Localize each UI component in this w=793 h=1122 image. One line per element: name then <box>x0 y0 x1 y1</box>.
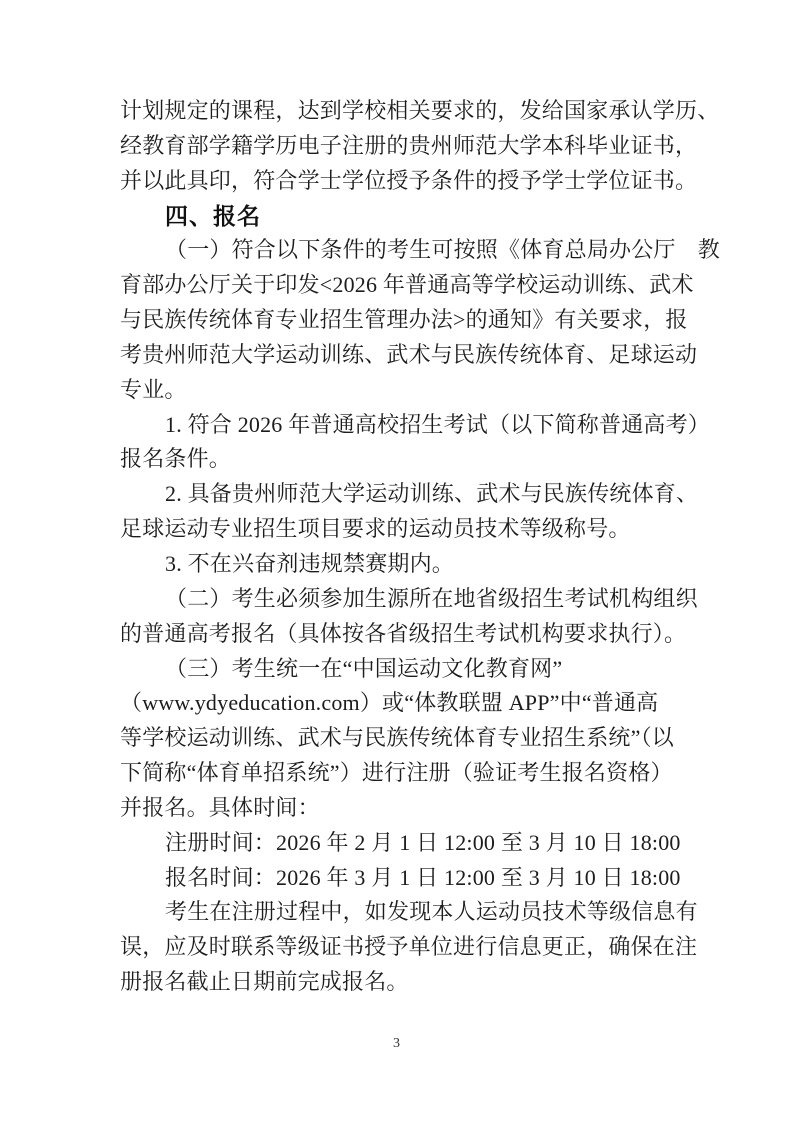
signup-time-line: 报名时间：2026 年 3 月 1 日 12:00 至 3 月 10 日 18:… <box>120 861 678 896</box>
body-line: 育部办公厅关于印发<2026 年普通高等学校运动训练、武术 <box>120 268 678 303</box>
body-line: 并报名。具体时间： <box>120 791 678 826</box>
body-line: 考生在注册过程中，如发现本人运动员技术等级信息有 <box>120 895 678 930</box>
body-line: 报名条件。 <box>120 442 678 477</box>
page-number: 3 <box>0 1036 793 1052</box>
body-line: 与民族传统体育专业招生管理办法>的通知》有关要求，报 <box>120 303 678 338</box>
body-line: 下简称“体育单招系统”）进行注册（验证考生报名资格） <box>120 756 678 791</box>
body-line: （二）考生必须参加生源所在地省级招生考试机构组织 <box>120 582 678 617</box>
body-line: 经教育部学籍学历电子注册的贵州师范大学本科毕业证书， <box>120 129 678 164</box>
body-line: 册报名截止日期前完成报名。 <box>120 965 678 1000</box>
body-line: 1. 符合 2026 年普通高校招生考试（以下简称普通高考） <box>120 408 678 443</box>
body-line: 专业。 <box>120 373 678 408</box>
registration-time-line: 注册时间：2026 年 2 月 1 日 12:00 至 3 月 10 日 18:… <box>120 826 678 861</box>
body-line: 3. 不在兴奋剂违规禁赛期内。 <box>120 547 678 582</box>
document-body: 计划规定的课程，达到学校相关要求的，发给国家承认学历、 经教育部学籍学历电子注册… <box>120 94 678 1000</box>
body-line: （三）考生统一在“中国运动文化教育网” <box>120 652 678 687</box>
body-line: 2. 具备贵州师范大学运动训练、武术与民族传统体育、 <box>120 477 678 512</box>
body-line: 考贵州师范大学运动训练、武术与民族传统体育、足球运动 <box>120 338 678 373</box>
body-line: 计划规定的课程，达到学校相关要求的，发给国家承认学历、 <box>120 94 678 129</box>
document-page: 计划规定的课程，达到学校相关要求的，发给国家承认学历、 经教育部学籍学历电子注册… <box>0 0 793 1122</box>
body-line: 的普通高考报名（具体按各省级招生考试机构要求执行）。 <box>120 617 678 652</box>
body-line: 等学校运动训练、武术与民族传统体育专业招生系统”（以 <box>120 721 678 756</box>
body-line: （www.ydyeducation.com）或“体教联盟 APP”中“普通高 <box>120 686 678 721</box>
body-line: 并以此具印，符合学士学位授予条件的授予学士学位证书。 <box>120 164 678 199</box>
body-line: （一）符合以下条件的考生可按照《体育总局办公厅 教 <box>120 233 678 268</box>
body-line: 足球运动专业招生项目要求的运动员技术等级称号。 <box>120 512 678 547</box>
body-line: 误，应及时联系等级证书授予单位进行信息更正，确保在注 <box>120 930 678 965</box>
section-heading-registration: 四、报名 <box>120 199 678 234</box>
